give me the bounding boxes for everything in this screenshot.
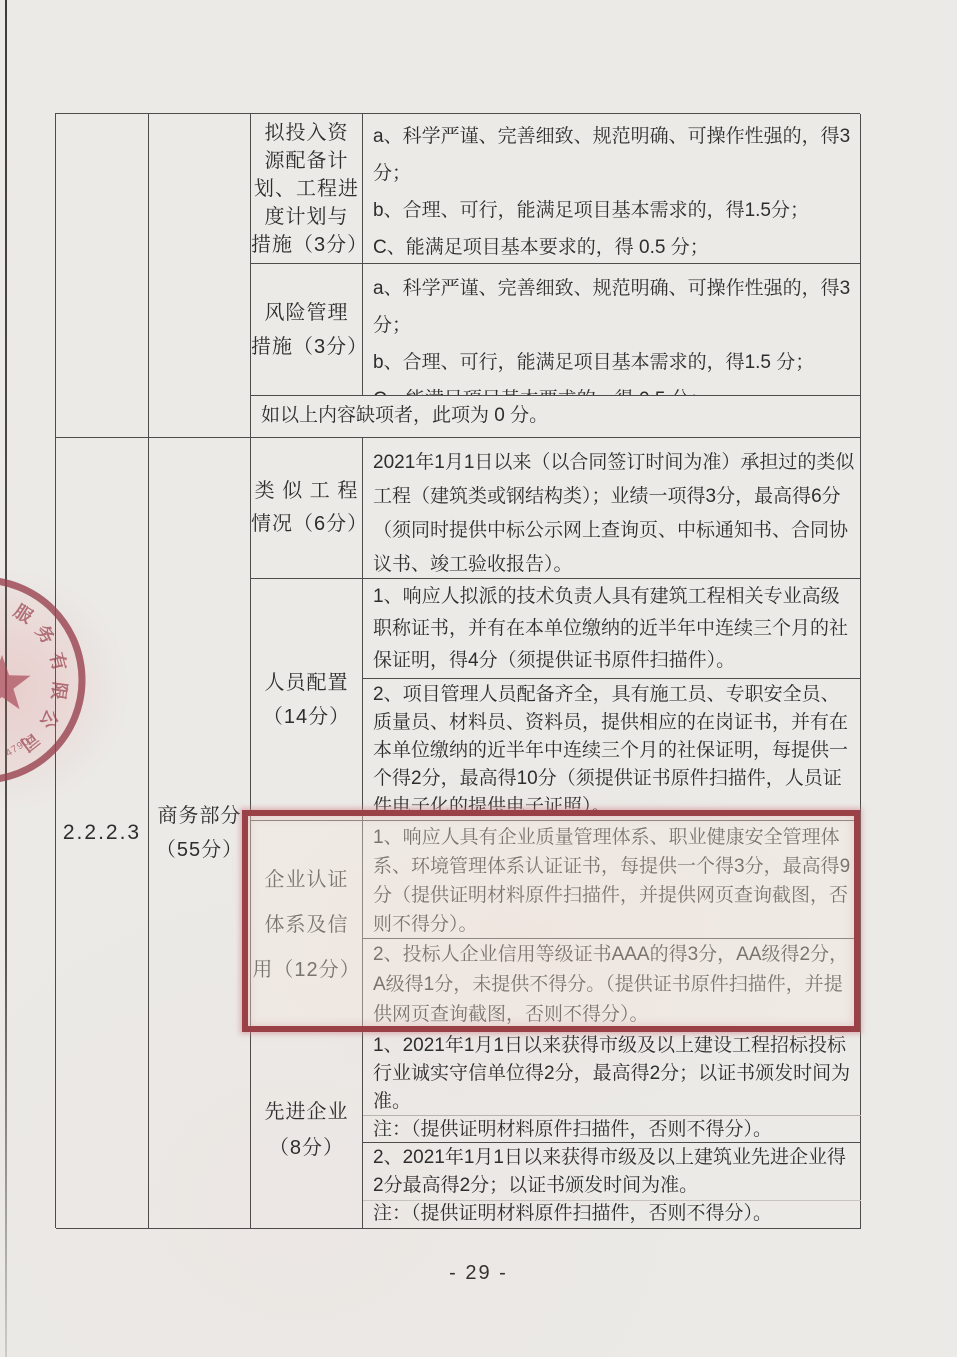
missing-items-note: 如以上内容缺项者，此项为 0 分。 [251,396,861,438]
detail-personnel-2: 2、项目管理人员配备齐全，具有施工员、专职安全员、质量员、材料员、资料员，提供相… [363,679,861,821]
faint-divider-2 [363,1200,861,1201]
criteria-advanced-enterprise: 先进企业 （8分） [251,1031,363,1229]
section-code: 2.2.2.3 [56,438,149,1229]
section-part-label: 商务部分 （55分） [149,438,251,1229]
empty-code-cell [56,114,149,438]
detail-resource-plan: a、科学严谨、完善细致、规范明确、可操作性强的，得3分； b、合理、可行，能满足… [363,114,861,264]
page-number: - 29 - [0,1262,957,1285]
detail-advanced-2: 2、2021年1月1日以来获得市级及以上建筑业先进企业得2分最高得2分；以证书颁… [363,1143,861,1229]
empty-part-cell [149,114,251,438]
criteria-personnel: 人员配置 （14分） [251,579,363,821]
detail-risk-management: a、科学严谨、完善细致、规范明确、可操作性强的，得3分； b、合理、可行，能满足… [363,264,861,396]
criteria-certification-credit: 企业认证 体系及信 用（12分） [251,821,363,1031]
criteria-risk-management: 风险管理 措施（3分） [251,264,363,396]
detail-similar-projects: 2021年1月1日以来（以合同签订时间为准）承担过的类似工程（建筑类或钢结构类）… [363,438,861,579]
scanned-document-page: { "table": { "rows_upper": [ { "criteria… [0,0,957,1357]
company-seal-stamp: 服 务 有 限 公 司 47907 [0,570,110,790]
faint-divider-1 [363,1115,861,1116]
criteria-resource-plan: 拟投入资 源配备计 划、工程进 度计划与 措施（3分） [251,114,363,264]
detail-certification-1: 1、响应人具有企业质量管理体系、职业健康安全管理体系、环境管理体系认证证书，每提… [363,821,861,939]
evaluation-criteria-table: 拟投入资 源配备计 划、工程进 度计划与 措施（3分） a、科学严谨、完善细致、… [55,113,860,1228]
detail-personnel-1: 1、响应人拟派的技术负责人具有建筑工程相关专业高级职称证书，并有在本单位缴纳的近… [363,579,861,679]
criteria-similar-projects: 类 似 工 程 情况（6分） [251,438,363,579]
seal-char: 限 [48,681,70,702]
detail-certification-2: 2、投标人企业信用等级证书AAA的得3分，AA级得2分，A级得1分，未提供不得分… [363,939,861,1031]
detail-advanced-1: 1、2021年1月1日以来获得市级及以上建设工程招标投标行业诚实守信单位得2分，… [363,1031,861,1143]
